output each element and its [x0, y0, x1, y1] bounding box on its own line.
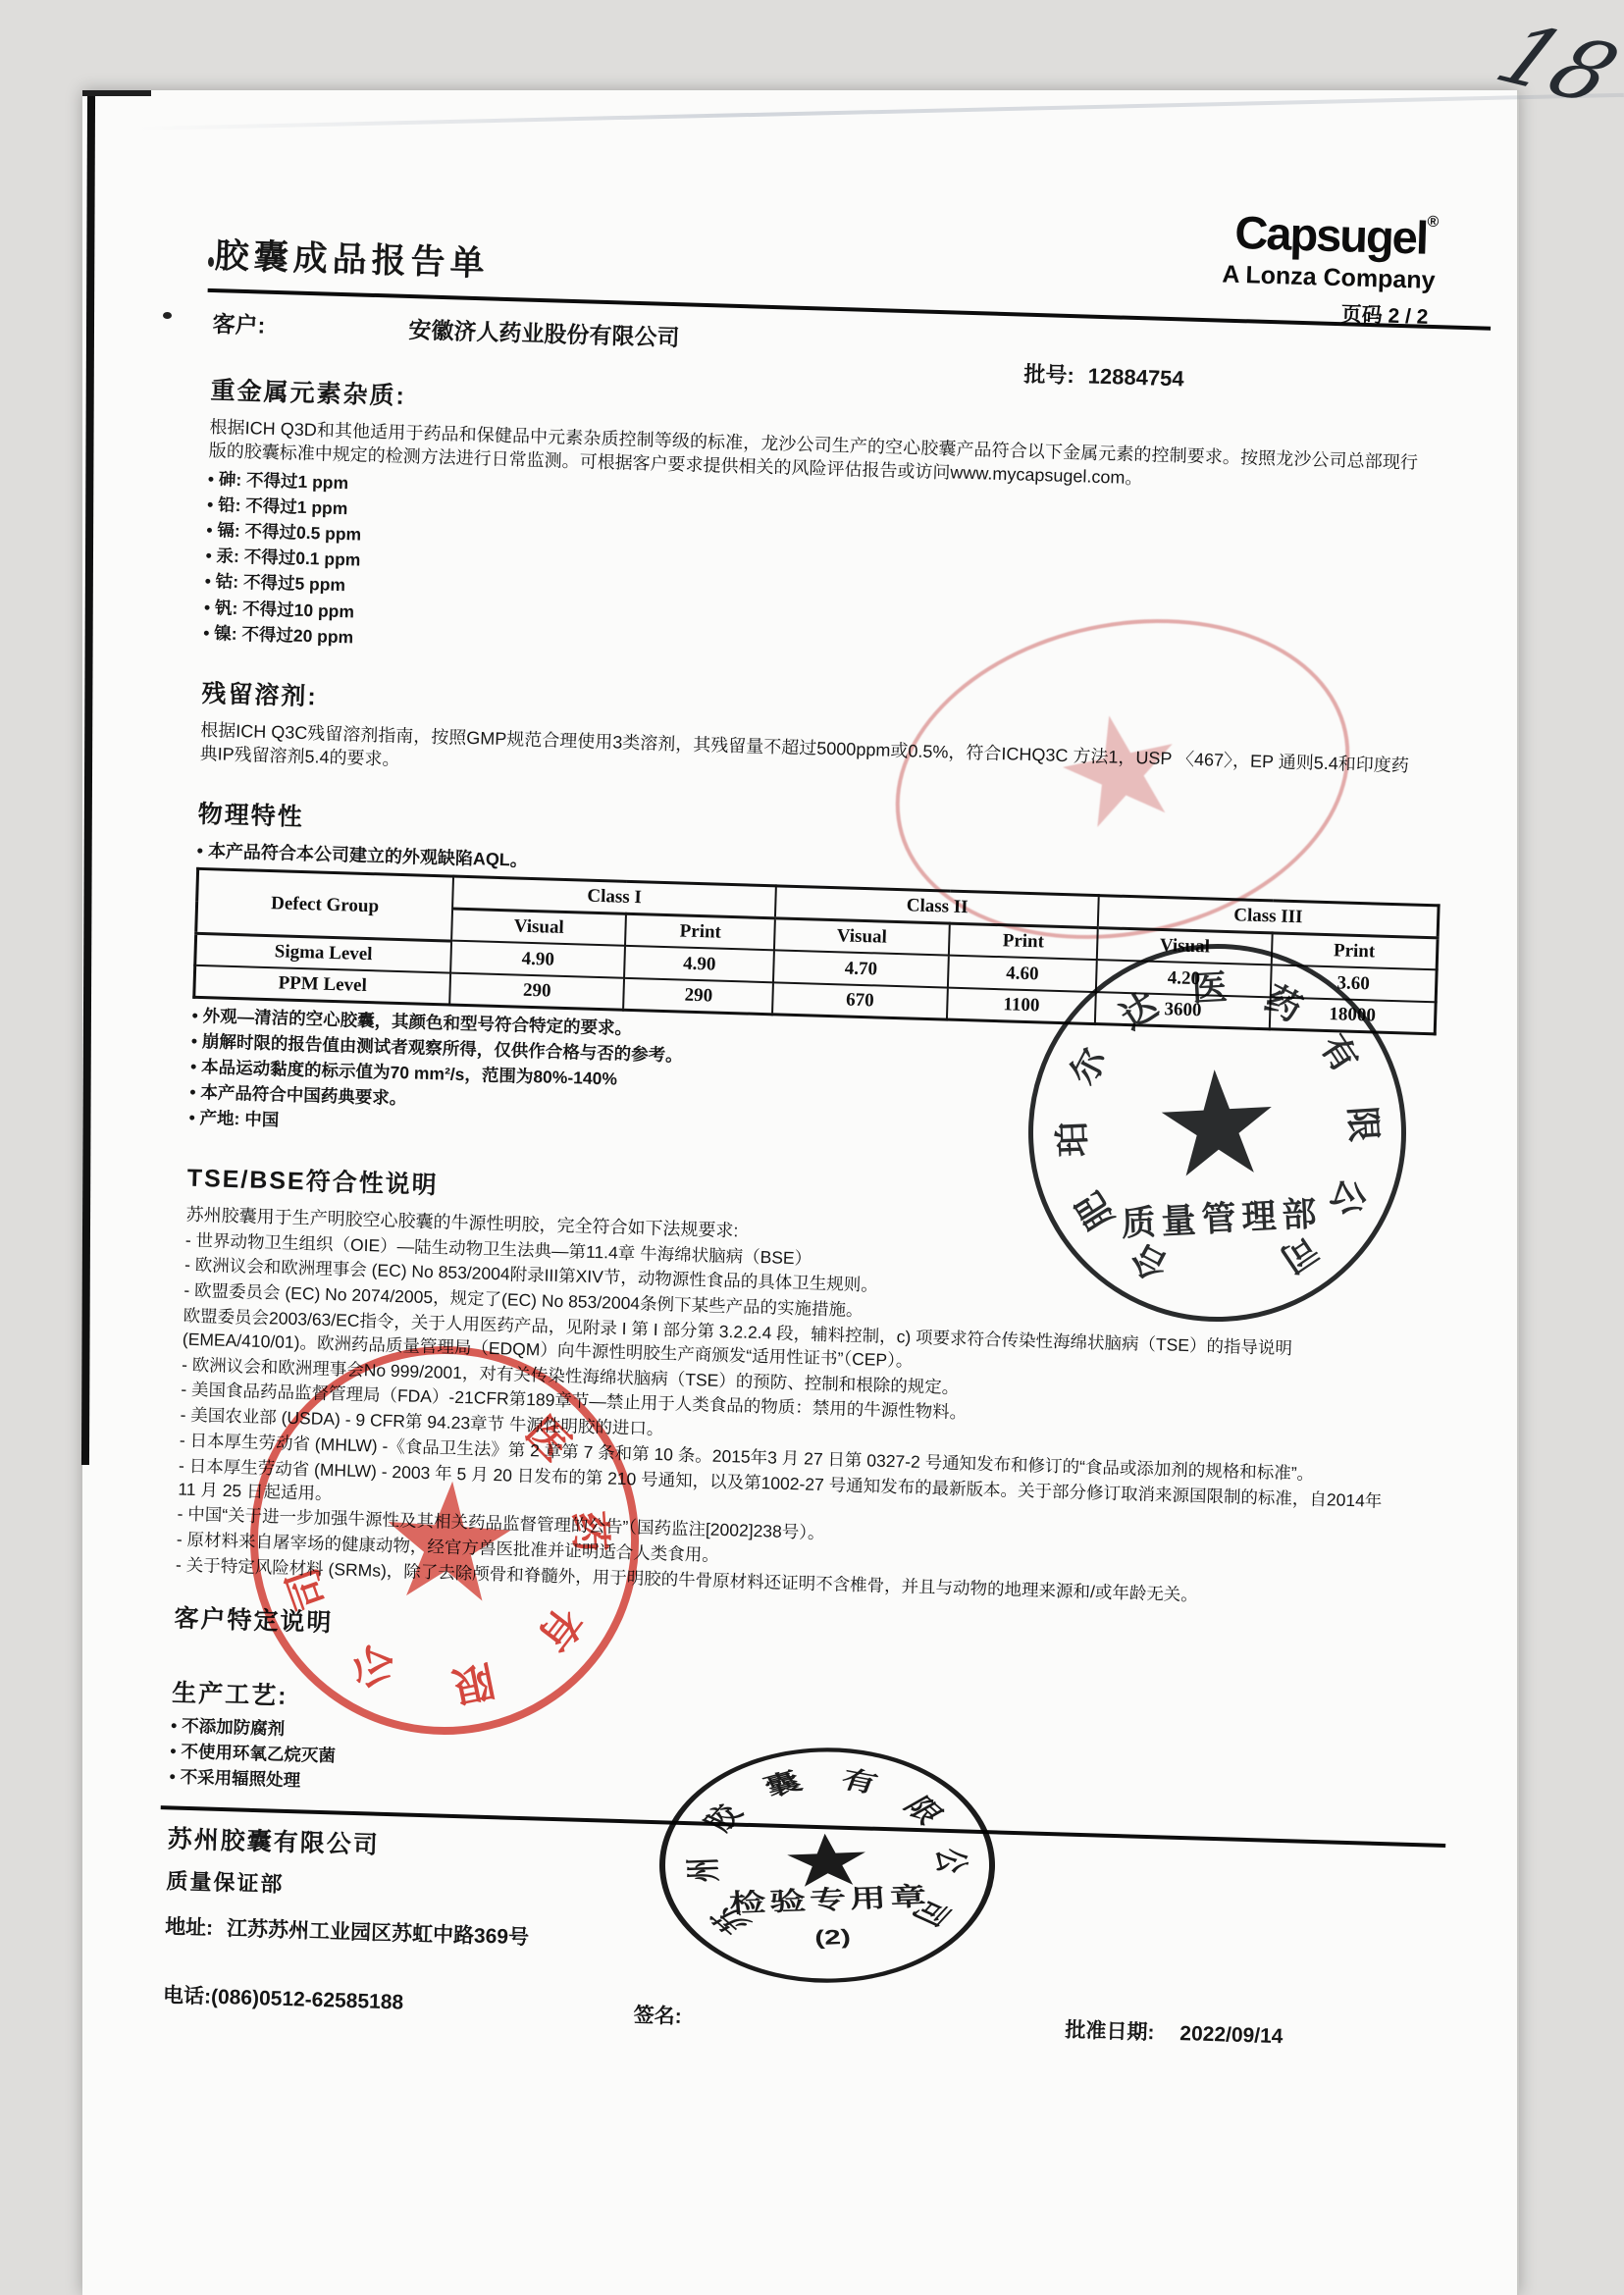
stamp-ring-char: 珀 — [1052, 1119, 1093, 1160]
stamp-ring-char: 司 — [279, 1560, 337, 1618]
signature-label: 签名: — [633, 2000, 682, 2030]
lonza-line: A Lonza Company — [1222, 261, 1436, 295]
stamp-ring-char: 医 — [516, 1407, 580, 1471]
stamp-ring-char: 药 — [1256, 977, 1309, 1030]
cell: 290 — [624, 978, 774, 1015]
stamp-ring-char: 达 — [1112, 983, 1166, 1037]
address-label: 地址: — [165, 1915, 214, 1939]
registered-mark-icon: ® — [1427, 214, 1437, 231]
batch-label: 批号: — [1023, 361, 1074, 388]
stamp-ring-char: 医 — [1189, 967, 1231, 1009]
stamp-ring-char: 公 — [342, 1636, 404, 1697]
table-subheader: Visual — [774, 918, 949, 956]
customer-label: 客户: — [212, 306, 266, 340]
logo-text: Capsugel — [1234, 206, 1428, 264]
stamp-ring-char: 有 — [835, 1765, 883, 1799]
stamp-ring-char: 州 — [683, 1855, 724, 1884]
phone-value: (086)0512-62585188 — [211, 1986, 404, 2014]
customer-value: 安徽济人药业股份有限公司 — [408, 311, 680, 351]
stamp-ring-char: 限 — [896, 1792, 951, 1830]
stamp-ring-char: 尔 — [1062, 1039, 1115, 1092]
cell: 4.90 — [450, 941, 625, 978]
stamp-ring-char: 胶 — [697, 1799, 751, 1838]
page-number: 页码 2 / 2 — [1221, 295, 1435, 331]
cell: 290 — [449, 972, 624, 1010]
cell: 670 — [772, 982, 947, 1019]
capsugel-logo: Capsugel® — [1223, 209, 1437, 261]
document-header: Capsugel® A Lonza Company 页码 2 / 2 胶囊成品报… — [212, 234, 1424, 377]
table-subheader: Visual — [451, 909, 626, 946]
stamp-ring-char: 限 — [1341, 1103, 1383, 1144]
stamp-ring-char: 限 — [446, 1656, 499, 1709]
batch-value: 12884754 — [1087, 363, 1184, 391]
batch-row: 批号:12884754 — [1023, 357, 1184, 392]
cell: 4.90 — [624, 946, 774, 982]
row-label: PPM Level — [194, 965, 450, 1005]
approval-label: 批准日期: — [1065, 2019, 1155, 2045]
address-value: 江苏苏州工业园区苏虹中路369号 — [227, 1917, 530, 1949]
approval-date: 2022/09/14 — [1179, 2022, 1283, 2048]
brand-block: Capsugel® A Lonza Company 页码 2 / 2 — [1221, 209, 1438, 331]
cell: 4.70 — [773, 951, 948, 988]
phone-label: 电话: — [163, 1984, 212, 2008]
table-corner-cell: Defect Group — [196, 869, 453, 941]
stamp-ring-char: 公 — [930, 1847, 971, 1875]
stamp-ring-char: 药 — [565, 1508, 613, 1556]
scanned-page: 18 Capsugel® A Lonza Company 页码 2 / 2 胶囊… — [0, 0, 1624, 2295]
stamp-ring-char: 有 — [528, 1597, 591, 1660]
star-icon — [1052, 704, 1191, 843]
approval-row: 批准日期:2022/09/14 — [1065, 2014, 1283, 2051]
stamp-ring-char: 囊 — [758, 1767, 809, 1802]
star-icon — [1156, 1067, 1278, 1188]
cell: 4.60 — [948, 956, 1098, 992]
table-subheader: Print — [625, 914, 775, 951]
stamp-ring-char: 有 — [1311, 1025, 1365, 1079]
star-icon — [359, 1457, 538, 1636]
